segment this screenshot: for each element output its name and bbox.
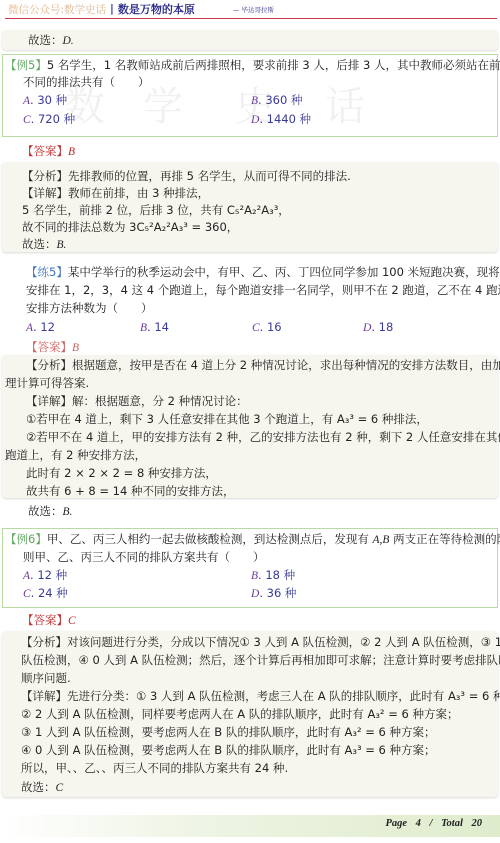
choice-label: 故选： xyxy=(28,33,63,47)
practice5-analysis-1: 【分析】根据题意，按甲是否在 4 道上分 2 种情况讨论，求出每种情况的安排方法… xyxy=(26,357,500,373)
example5-detail-3: 故不同的排法总数为 3C₅²A₂²A₃³ = 360， xyxy=(22,219,238,235)
example-tag: 【例5】 xyxy=(5,58,47,72)
option-c: C. 720 种 xyxy=(23,111,75,128)
example6-detail-3: ③ 1 人到 A 队伍检测，要考虑两人在 B 队的排队顺序，此时有 A₃² = … xyxy=(21,724,435,740)
option-c: C. 16 xyxy=(252,319,282,336)
practice5-line1: 【练5】某中学举行的秋季运动会中，有甲、乙、丙、丁四位同学参加 100 米短跑决… xyxy=(26,264,500,280)
header-source: 微信公众号:数学史话 xyxy=(5,2,106,17)
option-d: D. 18 xyxy=(363,319,393,336)
example6-line1: 【例6】甲、乙、丙三人相约一起去做核酸检测，到达检测点后，发现有 A,B 两支正… xyxy=(5,531,500,548)
example6-answer: 【答案】C xyxy=(22,612,76,629)
practice5-analysis-2: 理计算可得答案. xyxy=(5,375,89,391)
practice5-line2: 安排在 1，2，3，4 这 4 个跑道上，每个跑道安排一名同学，则甲不在 2 跑… xyxy=(26,282,500,298)
option-d: D. 36 种 xyxy=(251,585,296,602)
header-motto: — 毕达哥拉斯 xyxy=(233,5,274,14)
option-a: A. 12 xyxy=(26,319,55,336)
example6-detail-5: 所以，甲、、乙、、丙三人不同的排队方案共有 24 种. xyxy=(21,760,288,776)
page-indicator: Page 4 / Total 20 xyxy=(385,818,482,829)
page-footer: Page 4 / Total 20 xyxy=(0,815,500,837)
option-a: A. 30 种 xyxy=(23,92,67,109)
answer-value: B xyxy=(68,146,75,158)
example6-analysis-3: 顺序问题. xyxy=(21,670,71,686)
practice5-calc1: 此时有 2 × 2 × 2 = 8 种安排方法， xyxy=(26,465,217,481)
example-tag: 【例6】 xyxy=(5,532,47,546)
example5-question-box: 数 学 史 话 【例5】5 名学生，1 名教师站成前后两排照相，要求前排 3 人… xyxy=(2,54,498,137)
practice5-choice: 故选：B. xyxy=(28,503,72,520)
example6-question-box: 【例6】甲、乙、丙三人相约一起去做核酸检测，到达检测点后，发现有 A,B 两支正… xyxy=(2,528,498,608)
example5-choice: 故选：B. xyxy=(22,236,66,253)
practice5-case2-1: ②若甲不在 4 道上，甲的安排方法有 2 种，乙的安排方法也有 2 种，剩下 2… xyxy=(26,429,500,445)
example6-solution-panel: 【分析】对该问题进行分类，分成以下情况① 3 人到 A 队伍检测，② 2 人到 … xyxy=(2,631,498,797)
example5-line1: 【例5】5 名学生，1 名教师站成前后两排照相，要求前排 3 人，后排 3 人，… xyxy=(5,57,500,73)
example6-detail-1: 【详解】先进行分类：① 3 人到 A 队伍检测，考虑三人在 A 队的排队顺序，此… xyxy=(21,688,500,704)
practice5-solution-panel: 【分析】根据题意，按甲是否在 4 道上分 2 种情况讨论，求出每种情况的安排方法… xyxy=(2,355,498,498)
example6-detail-2: ② 2 人到 A 队伍检测，同样要考虑两人在 A 队的排队顺序，此时有 A₃² … xyxy=(21,706,458,722)
example5-detail-2: 5 名学生，前排 2 位，后排 3 位，共有 C₅²A₂²A₃³， xyxy=(22,202,290,218)
example5-line2: 不同的排法共有（ ） xyxy=(23,74,150,90)
header-separator: | xyxy=(110,3,114,15)
practice5-answer: 【答案】B xyxy=(26,339,79,356)
option-b: B. 14 xyxy=(140,319,169,336)
example5-solution-panel: 【分析】先排教师的位置，再排 5 名学生，从而可得不同的排法. 【详解】教师在前… xyxy=(2,162,498,252)
prev-choice: 故选：D. xyxy=(28,32,74,49)
practice5-line3: 安排方法种数为（ ） xyxy=(26,300,153,316)
option-c: C. 24 种 xyxy=(23,585,68,602)
practice5-case1: ①若甲在 4 道上，剩下 3 人任意安排在其他 3 个跑道上，有 A₃³ = 6… xyxy=(26,411,428,427)
example5-answer: 【答案】B xyxy=(22,143,75,160)
answer-value: B xyxy=(72,342,79,354)
question-text: 某中学举行的秋季运动会中，有甲、乙、丙、丁四位同学参加 100 米短跑决赛，现将… xyxy=(68,265,500,279)
example6-detail-4: ④ 0 人到 A 队伍检测，要考虑两人在 B 队的排队顺序，此时有 A₃³ = … xyxy=(21,742,435,758)
practice5-calc2: 故共有 6 + 8 = 14 种不同的安排方法， xyxy=(26,483,234,499)
practice5-detail-intro: 【详解】解：根据题意，分 2 种情况讨论： xyxy=(26,393,248,409)
example6-choice: 故选：C xyxy=(21,779,63,796)
answer-label: 【答案】 xyxy=(26,340,72,354)
example6-line2: 则甲、乙、丙三人不同的排队方案共有（ ） xyxy=(23,549,265,565)
example6-analysis-1: 【分析】对该问题进行分类，分成以下情况① 3 人到 A 队伍检测，② 2 人到 … xyxy=(21,634,500,650)
choice-value: D. xyxy=(63,35,74,47)
practice5-case2-2: 跑道上，有 2 种安排方法， xyxy=(5,447,146,463)
example5-detail-1: 【详解】教师在前排，由 3 种排法， xyxy=(22,185,209,201)
answer-label: 【答案】 xyxy=(22,144,68,158)
example6-analysis-2: 队伍检测，④ 0 人到 A 队伍检测；然后，逐个计算后再相加即可求解；注意计算时… xyxy=(21,652,500,668)
option-d: D. 1440 种 xyxy=(251,111,311,128)
header-title: 数是万物的本原 xyxy=(118,1,195,17)
practice-tag: 【练5】 xyxy=(26,265,68,279)
example5-analysis: 【分析】先排教师的位置，再排 5 名学生，从而可得不同的排法. xyxy=(22,168,351,184)
option-a: A. 12 种 xyxy=(23,567,67,584)
question-text: 5 名学生，1 名教师站成前后两排照相，要求前排 3 人，后排 3 人，其中教师… xyxy=(47,58,500,72)
option-b: B. 360 种 xyxy=(251,92,302,109)
answer-label: 【答案】 xyxy=(22,613,68,627)
watermark-char: 话 xyxy=(325,75,365,132)
page-header: 微信公众号:数学史话 | 数是万物的本原 — 毕达哥拉斯 xyxy=(5,0,497,19)
answer-value: C xyxy=(68,615,76,627)
option-b: B. 18 种 xyxy=(251,567,295,584)
prev-solution-panel: 故选：D. xyxy=(2,30,498,50)
